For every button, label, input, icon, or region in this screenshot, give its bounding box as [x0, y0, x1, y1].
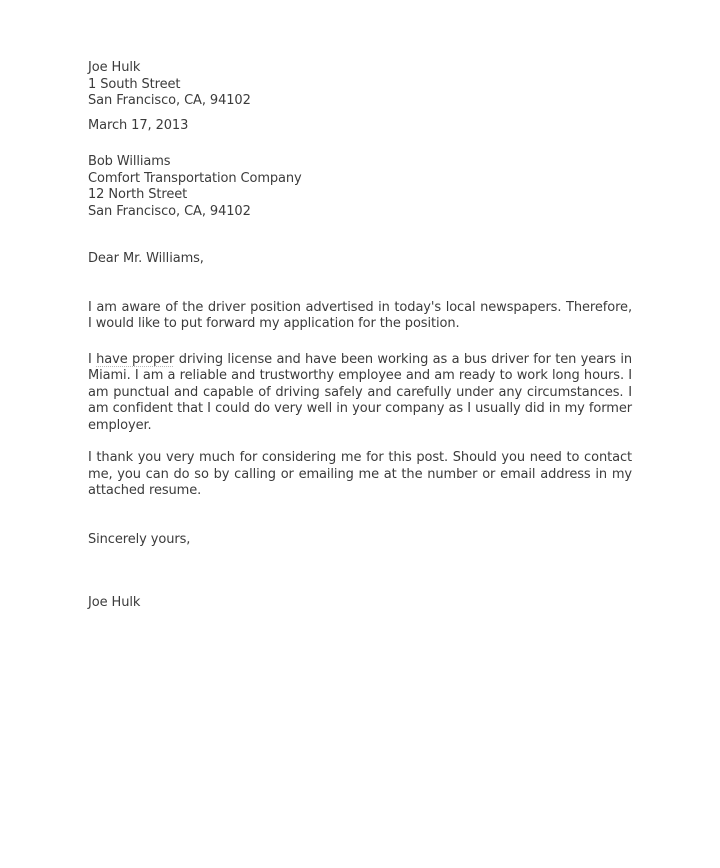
body-paragraph-1: I am aware of the driver position advert…: [88, 300, 632, 333]
recipient-company: Comfort Transportation Company: [88, 171, 632, 188]
sender-city: San Francisco, CA, 94102: [88, 93, 632, 110]
body-paragraph-3: I thank you very much for considering me…: [88, 450, 632, 500]
recipient-city: San Francisco, CA, 94102: [88, 204, 632, 221]
recipient-street: 12 North Street: [88, 187, 632, 204]
sender-address-block: Joe Hulk 1 South Street San Francisco, C…: [88, 60, 632, 110]
signature-name: Joe Hulk: [88, 595, 632, 612]
recipient-name: Bob Williams: [88, 154, 632, 171]
letter-page: Joe Hulk 1 South Street San Francisco, C…: [0, 0, 720, 868]
paragraph-2-grammar-underlined-phrase: have proper: [96, 352, 174, 367]
body-paragraph-2: I have proper driving license and have b…: [88, 352, 632, 435]
sender-name: Joe Hulk: [88, 60, 632, 77]
recipient-address-block: Bob Williams Comfort Transportation Comp…: [88, 154, 632, 220]
salutation: Dear Mr. Williams,: [88, 251, 632, 268]
letter-date: March 17, 2013: [88, 118, 632, 135]
sender-street: 1 South Street: [88, 77, 632, 94]
paragraph-2-lead: I: [88, 352, 92, 367]
closing-phrase: Sincerely yours,: [88, 532, 632, 549]
